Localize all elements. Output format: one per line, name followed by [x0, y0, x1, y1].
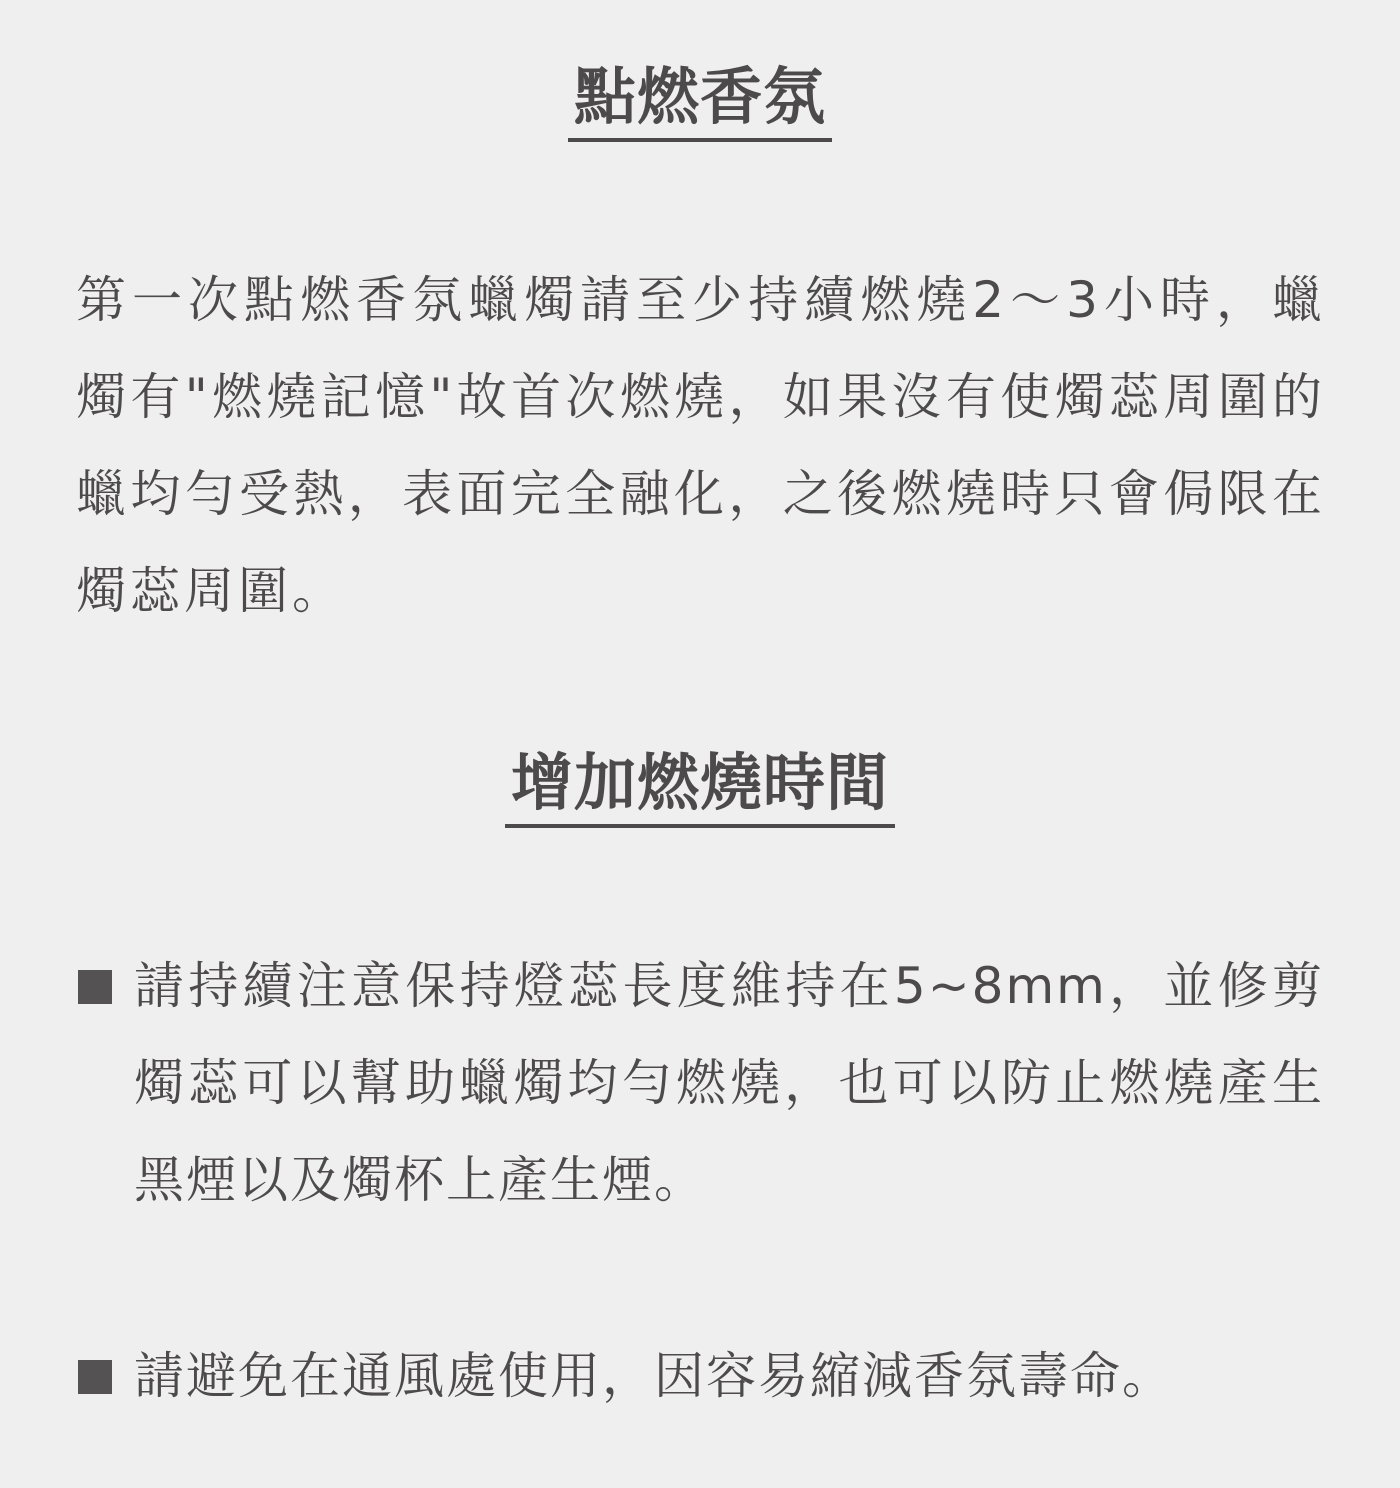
bullet-item-avoid-draft: 請避免在通風處使用，因容易縮減香氛壽命。 — [78, 1328, 1328, 1425]
square-bullet-icon — [78, 970, 112, 1004]
heading-text: 點燃香氛 — [568, 66, 832, 142]
bullet-item-trim-wick: 請持續注意保持燈蕊長度維持在5~8mm，並修剪燭蕊可以幫助蠟燭均勻燃燒，也可以防… — [78, 938, 1328, 1229]
heading-text: 增加燃燒時間 — [505, 752, 895, 828]
bullet-text: 請持續注意保持燈蕊長度維持在5~8mm，並修剪燭蕊可以幫助蠟燭均勻燃燒，也可以防… — [134, 938, 1324, 1229]
lighting-instructions-paragraph: 第一次點燃香氛蠟燭請至少持續燃燒2～3小時，蠟燭有"燃燒記憶"故首次燃燒，如果沒… — [76, 252, 1326, 640]
square-bullet-icon — [78, 1360, 112, 1394]
section-heading-lighting: 點燃香氛 — [0, 66, 1400, 142]
section-heading-burn-time: 增加燃燒時間 — [0, 752, 1400, 828]
bullet-text: 請避免在通風處使用，因容易縮減香氛壽命。 — [134, 1328, 1324, 1425]
